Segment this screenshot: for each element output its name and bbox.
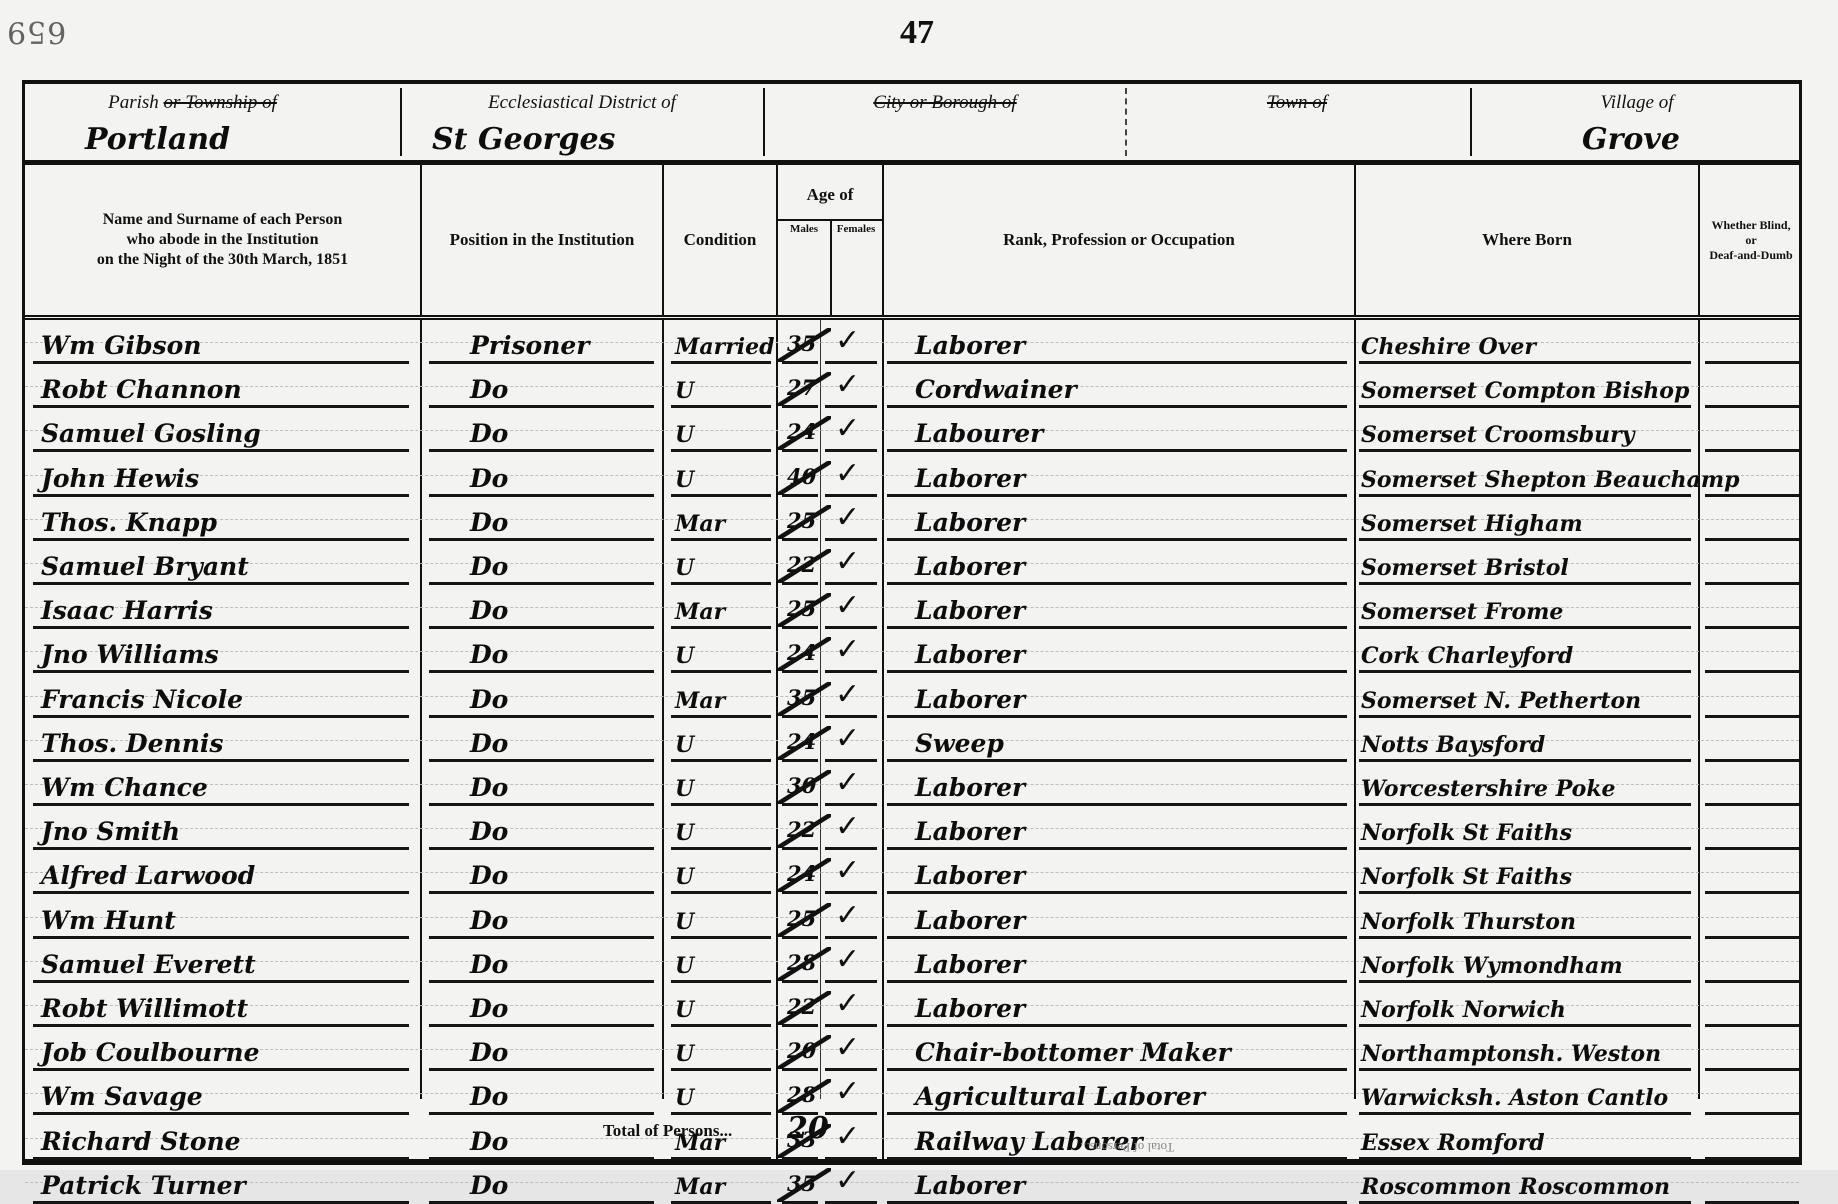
position-column-header: Position in the Institution [422,165,662,315]
table-row: Francis Nicole Do Mar 35 ✓ Laborer Somer… [25,674,1799,718]
census-sheet: Parish or Township of Portland Ecclesias… [22,80,1802,1165]
table-row: Patrick Turner Do Mar 35 ✓ Laborer Rosco… [25,1160,1799,1202]
age-tally-strike-mark [777,858,831,892]
tally-check-icon: ✓ [835,367,860,402]
where-born-value: Warwicksh. Aston Cantlo [1361,1087,1668,1109]
condition-value: U [675,866,694,888]
person-name: Samuel Everett [41,952,256,977]
town-label-struck: Town of [1127,92,1467,114]
column-headers: Name and Surname of each Person who abod… [25,165,1799,320]
where-born-value: Worcestershire Poke [1361,778,1616,800]
age-tally-strike-mark [777,947,831,981]
parish-value: Portland [85,122,230,157]
table-row: Job Coulbourne Do U 20 ✓ Chair-bottomer … [25,1027,1799,1071]
tally-check-icon: ✓ [835,544,860,579]
where-born-value: Norfolk St Faiths [1361,866,1572,888]
where-born-value: Norfolk Norwich [1361,999,1566,1021]
condition-value: U [675,955,694,977]
city-borough-label-struck: City or Borough of [765,92,1125,114]
blind-deaf-column-header: Whether Blind, or Deaf-and-Dumb [1700,165,1802,315]
condition-value: U [675,380,694,402]
person-name: Thos. Dennis [41,731,223,756]
village-value: Grove [1582,122,1680,157]
occupation-value: Laborer [915,819,1025,844]
person-name: Wm Chance [41,775,208,800]
position-value: Do [470,1129,508,1154]
where-born-value: Norfolk Wymondham [1361,955,1623,977]
folio-number: 659 [6,14,66,49]
condition-value: U [675,734,694,756]
total-persons-label: Total of Persons... [603,1121,732,1141]
table-row: Robt Channon Do U 27 ✓ Cordwainer Somers… [25,364,1799,408]
table-row: Samuel Everett Do U 28 ✓ Laborer Norfolk… [25,939,1799,983]
person-name: Robt Willimott [41,996,248,1021]
age-tally-strike-mark [777,416,831,450]
tally-check-icon: ✓ [835,1030,860,1065]
occupation-value: Laborer [915,952,1025,977]
age-tally-strike-mark [777,1079,831,1113]
tally-check-icon: ✓ [835,1163,860,1198]
tally-check-icon: ✓ [835,809,860,844]
age-females-label: Females [830,223,882,235]
tally-check-icon: ✓ [835,588,860,623]
tally-check-icon: ✓ [835,411,860,446]
where-born-value: Somerset Bristol [1361,557,1569,579]
occupation-value: Laborer [915,1173,1025,1198]
table-row: Isaac Harris Do Mar 25 ✓ Laborer Somerse… [25,585,1799,629]
tally-check-icon: ✓ [835,898,860,933]
condition-value: U [675,557,694,579]
where-born-value: Norfolk Thurston [1361,911,1576,933]
tally-check-icon: ✓ [835,632,860,667]
tally-check-icon: ✓ [835,1119,860,1154]
table-row: Thos. Dennis Do U 24 ✓ Sweep Notts Baysf… [25,718,1799,762]
city-borough-cell: City or Borough of [765,84,1125,160]
condition-value: Mar [675,601,725,623]
name-column-header: Name and Surname of each Person who abod… [25,165,420,315]
position-value: Do [470,775,508,800]
condition-value: Mar [675,1176,725,1198]
occupation-value: Laborer [915,598,1025,623]
table-row: Samuel Gosling Do U 24 ✓ Labourer Somers… [25,408,1799,452]
age-tally-strike-mark [777,991,831,1025]
where-born-value: Cheshire Over [1361,336,1536,358]
position-value: Do [470,642,508,667]
condition-column-header: Condition [664,165,776,315]
where-born-value: Northamptonsh. Weston [1361,1043,1661,1065]
condition-value: U [675,778,694,800]
position-value: Do [470,996,508,1021]
condition-value: U [675,645,694,667]
table-row: Wm Chance Do U 30 ✓ Laborer Worcestershi… [25,762,1799,806]
tally-check-icon: ✓ [835,986,860,1021]
occupation-value: Laborer [915,642,1025,667]
table-row: Jno Williams Do U 24 ✓ Laborer Cork Char… [25,629,1799,673]
position-value: Do [470,1084,508,1109]
township-label-struck: or Township of [164,92,277,113]
parish-cell: Parish or Township of Portland [25,84,400,160]
census-page: 659 47 Parish or Township of Portland Ec… [0,0,1838,1170]
table-row: Jno Smith Do U 22 ✓ Laborer Norfolk St F… [25,806,1799,850]
table-row: Thos. Knapp Do Mar 25 ✓ Laborer Somerset… [25,497,1799,541]
where-born-value: Somerset Frome [1361,601,1563,623]
age-males-label: Males [778,223,830,235]
occupation-value: Laborer [915,466,1025,491]
person-name: John Hewis [41,466,199,491]
position-value: Do [470,466,508,491]
table-row: Wm Savage Do U 28 ✓ Agricultural Laborer… [25,1071,1799,1115]
position-value: Do [470,908,508,933]
where-born-column-header: Where Born [1356,165,1698,315]
where-born-value: Cork Charleyford [1361,645,1573,667]
table-row: Wm Gibson Prisoner Married 35 ✓ Laborer … [25,320,1799,364]
age-tally-strike-mark [777,549,831,583]
table-row: Wm Hunt Do U 25 ✓ Laborer Norfolk Thurst… [25,895,1799,939]
ecclesiastical-district-cell: Ecclesiastical District of St Georges [402,84,762,160]
person-name: Patrick Turner [41,1173,246,1198]
where-born-value: Essex Romford [1361,1132,1545,1154]
village-label: Village of [1472,92,1802,114]
position-value: Do [470,421,508,446]
tally-check-icon: ✓ [835,1074,860,1109]
age-tally-strike-mark [777,328,831,362]
age-of-label: Age of [778,165,882,221]
tally-check-icon: ✓ [835,765,860,800]
tally-check-icon: ✓ [835,853,860,888]
age-tally-strike-mark [777,1168,831,1202]
occupation-value: Laborer [915,775,1025,800]
condition-value: U [675,1087,694,1109]
where-born-value: Norfolk St Faiths [1361,822,1572,844]
age-tally-strike-mark [777,1035,831,1069]
position-value: Do [470,819,508,844]
ecclesiastical-district-label: Ecclesiastical District of [402,92,762,114]
person-name: Robt Channon [41,377,242,402]
age-tally-strike-mark [777,461,831,495]
person-name: Jno Williams [41,642,219,667]
where-born-value: Somerset Compton Bishop [1361,380,1689,402]
position-value: Do [470,510,508,535]
location-bar: Parish or Township of Portland Ecclesias… [25,84,1799,165]
age-tally-strike-mark [777,903,831,937]
occupation-value: Laborer [915,996,1025,1021]
age-tally-strike-mark [777,505,831,539]
person-name: Samuel Gosling [41,421,261,446]
person-name: Samuel Bryant [41,554,249,579]
position-value: Do [470,687,508,712]
age-tally-strike-mark [777,682,831,716]
town-cell: Town of [1127,84,1467,160]
condition-value: U [675,469,694,491]
position-value: Do [470,863,508,888]
occupation-value: Laborer [915,554,1025,579]
person-name: Wm Gibson [41,333,202,358]
position-value: Do [470,1173,508,1198]
where-born-value: Somerset Shepton Beauchamp [1361,469,1740,491]
person-name: Alfred Larwood [41,863,255,888]
total-persons-value: 20 [787,1111,829,1146]
bleed-through-text: Total of Persons... [1080,1139,1174,1155]
position-value: Prisoner [470,333,589,358]
position-value: Do [470,554,508,579]
table-row: Alfred Larwood Do U 24 ✓ Laborer Norfolk… [25,850,1799,894]
occupation-value: Laborer [915,908,1025,933]
condition-value: Mar [675,513,725,535]
person-name: Francis Nicole [41,687,243,712]
occupation-value: Laborer [915,863,1025,888]
table-row: Robt Willimott Do U 22 ✓ Laborer Norfolk… [25,983,1799,1027]
person-name: Wm Savage [41,1084,203,1109]
person-name: Job Coulbourne [41,1040,260,1065]
where-born-value: Somerset Higham [1361,513,1583,535]
person-name: Wm Hunt [41,908,176,933]
position-value: Do [470,598,508,623]
table-row: Samuel Bryant Do U 22 ✓ Laborer Somerset… [25,541,1799,585]
occupation-value: Chair-bottomer Maker [915,1040,1231,1065]
tally-check-icon: ✓ [835,721,860,756]
person-name: Thos. Knapp [41,510,217,535]
village-cell: Village of Grove [1472,84,1802,160]
tally-check-icon: ✓ [835,456,860,491]
position-value: Do [470,1040,508,1065]
occupation-value: Laborer [915,687,1025,712]
parish-label: Parish [108,92,159,113]
person-name: Isaac Harris [41,598,213,623]
condition-value: U [675,999,694,1021]
where-born-value: Somerset N. Petherton [1361,690,1641,712]
table-row: John Hewis Do U 40 ✓ Laborer Somerset Sh… [25,453,1799,497]
occupation-value: Sweep [915,731,1004,756]
condition-value: Married [675,336,775,358]
condition-value: Mar [675,690,725,712]
occupation-value: Agricultural Laborer [915,1084,1205,1109]
tally-check-icon: ✓ [835,942,860,977]
position-value: Do [470,731,508,756]
where-born-value: Notts Baysford [1361,734,1545,756]
ecclesiastical-district-value: St Georges [432,122,615,157]
age-tally-strike-mark [777,770,831,804]
age-column-header: Age of Males Females [778,165,882,315]
tally-check-icon: ✓ [835,677,860,712]
occupation-value: Laborer [915,510,1025,535]
age-tally-strike-mark [777,372,831,406]
where-born-value: Somerset Croomsbury [1361,424,1635,446]
occupation-value: Labourer [915,421,1043,446]
condition-value: U [675,424,694,446]
position-value: Do [470,952,508,977]
tally-check-icon: ✓ [835,323,860,358]
condition-value: U [675,911,694,933]
person-name: Richard Stone [41,1129,241,1154]
age-tally-strike-mark [777,637,831,671]
condition-value: U [675,822,694,844]
occupation-value: Laborer [915,333,1025,358]
occupation-value: Cordwainer [915,377,1077,402]
tally-check-icon: ✓ [835,500,860,535]
table-row: Richard Stone Do Mar 33 ✓ Railway Labore… [25,1116,1799,1160]
page-number: 47 [900,14,934,52]
person-name: Jno Smith [41,819,180,844]
age-tally-strike-mark [777,814,831,848]
occupation-column-header: Rank, Profession or Occupation [884,165,1354,315]
age-tally-strike-mark [777,593,831,627]
where-born-value: Roscommon Roscommon [1361,1176,1670,1198]
condition-value: U [675,1043,694,1065]
position-value: Do [470,377,508,402]
age-tally-strike-mark [777,726,831,760]
